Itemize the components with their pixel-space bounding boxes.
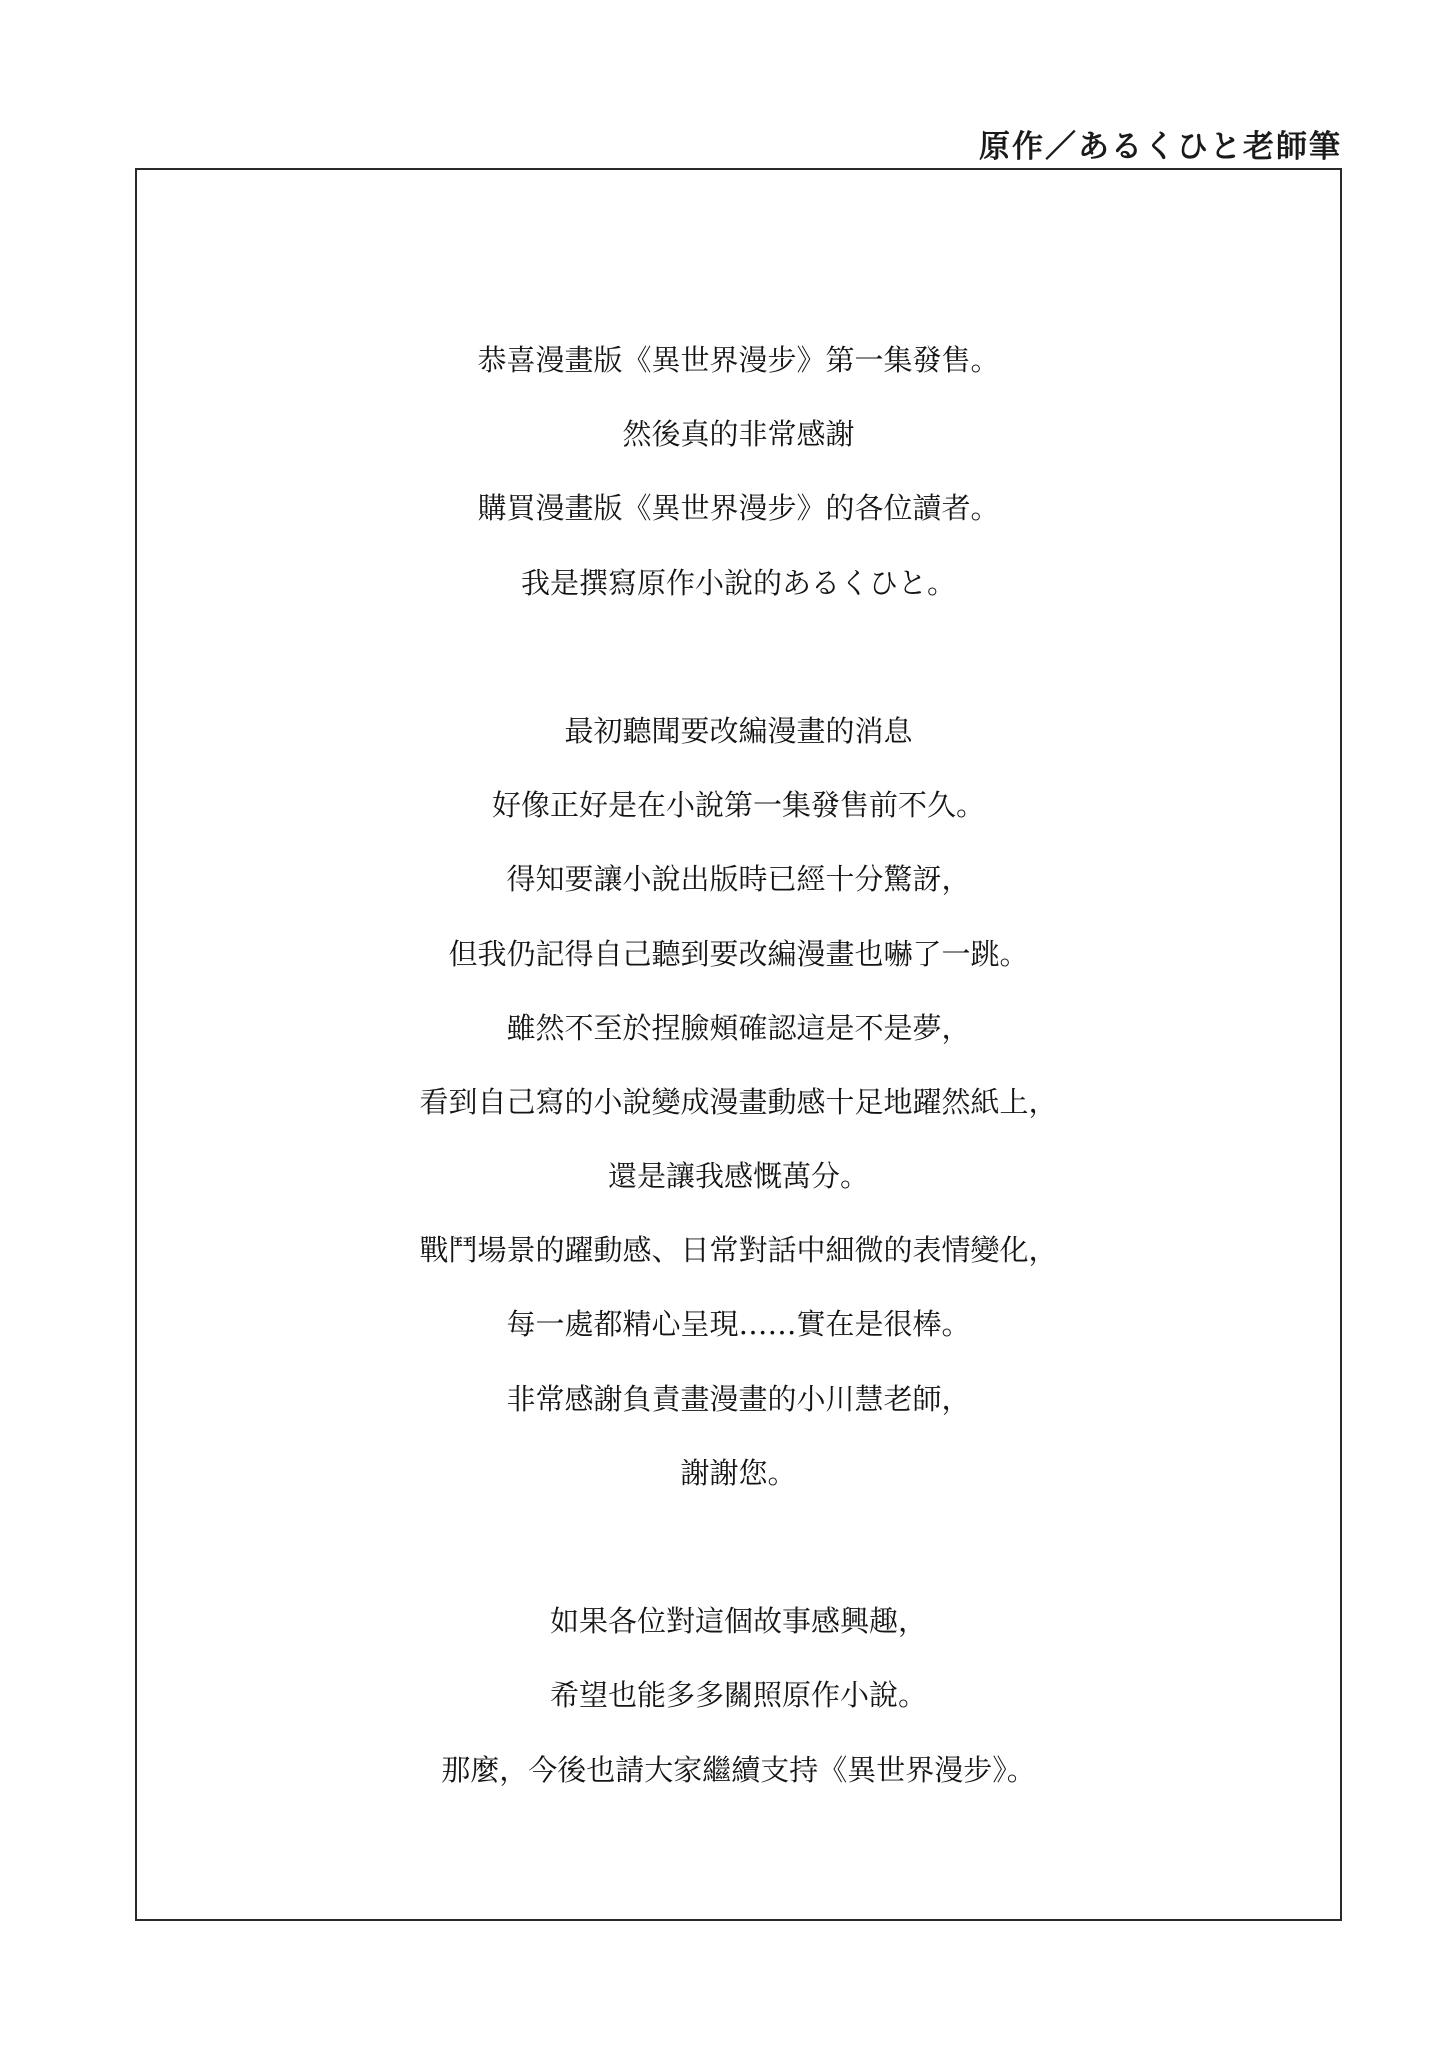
paragraph-spacer	[137, 1510, 1340, 1584]
message-line: 但我仍記得自己聽到要改編漫畫也嚇了一跳。	[137, 917, 1340, 991]
message-line: 謝謝您。	[137, 1436, 1340, 1510]
message-line: 如果各位對這個故事感興趣，	[137, 1584, 1340, 1658]
author-message: 恭喜漫畫版《異世界漫步》第一集發售。 然後真的非常感謝 購買漫畫版《異世界漫步》…	[137, 323, 1340, 1807]
message-line: 我是撰寫原作小說的あるくひと。	[137, 546, 1340, 620]
message-line: 好像正好是在小說第一集發售前不久。	[137, 768, 1340, 842]
message-line: 購買漫畫版《異世界漫步》的各位讀者。	[137, 471, 1340, 545]
paragraph-closing: 如果各位對這個故事感興趣， 希望也能多多關照原作小說。 那麼，今後也請大家繼續支…	[137, 1584, 1340, 1807]
message-line: 非常感謝負責畫漫畫的小川慧老師，	[137, 1362, 1340, 1436]
message-line: 那麼，今後也請大家繼續支持《異世界漫步》。	[137, 1733, 1340, 1807]
message-line: 得知要讓小說出版時已經十分驚訝，	[137, 842, 1340, 916]
message-line: 還是讓我感慨萬分。	[137, 1139, 1340, 1213]
author-credit-heading: 原作／あるくひと老師筆	[979, 124, 1342, 170]
message-line: 希望也能多多關照原作小說。	[137, 1658, 1340, 1732]
paragraph-story: 最初聽聞要改編漫畫的消息 好像正好是在小說第一集發售前不久。 得知要讓小說出版時…	[137, 694, 1340, 1510]
message-line: 恭喜漫畫版《異世界漫步》第一集發售。	[137, 323, 1340, 397]
message-line: 每一處都精心呈現……實在是很棒。	[137, 1287, 1340, 1361]
paragraph-greeting: 恭喜漫畫版《異世界漫步》第一集發售。 然後真的非常感謝 購買漫畫版《異世界漫步》…	[137, 323, 1340, 620]
message-line: 最初聽聞要改編漫畫的消息	[137, 694, 1340, 768]
message-line: 雖然不至於捏臉頰確認這是不是夢，	[137, 991, 1340, 1065]
message-line: 然後真的非常感謝	[137, 397, 1340, 471]
paragraph-spacer	[137, 620, 1340, 694]
message-frame: 恭喜漫畫版《異世界漫步》第一集發售。 然後真的非常感謝 購買漫畫版《異世界漫步》…	[135, 168, 1342, 1921]
message-line: 看到自己寫的小說變成漫畫動感十足地躍然紙上，	[137, 1065, 1340, 1139]
message-line: 戰鬥場景的躍動感、日常對話中細微的表情變化，	[137, 1213, 1340, 1287]
